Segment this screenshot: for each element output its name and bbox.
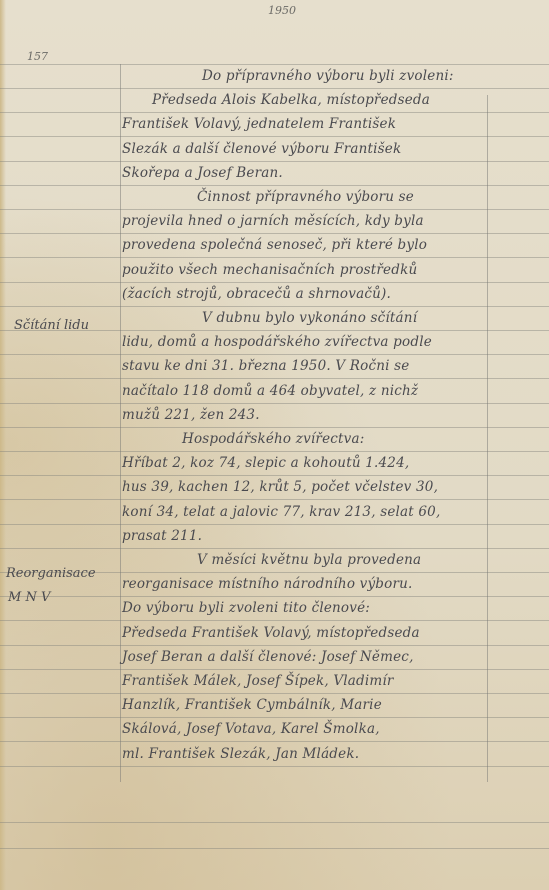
page-number: 157: [27, 50, 48, 63]
text-line: V měsíci květnu byla provedena: [197, 552, 421, 568]
right-margin-divider: [487, 95, 488, 782]
rule-line: [0, 499, 549, 500]
rule-line: [0, 378, 549, 379]
rule-line: [0, 822, 549, 823]
text-line: lidu, domů a hospodářského zvířectva pod…: [122, 334, 432, 350]
rule-line: [0, 88, 549, 89]
text-line: Předseda František Volavý, místopředseda: [122, 625, 420, 641]
left-margin-divider: [120, 64, 121, 782]
rule-line: [0, 766, 549, 767]
rule-line: [0, 548, 549, 549]
rule-line: [0, 717, 549, 718]
header-year: 1950: [268, 4, 296, 17]
text-line: prasat 211.: [122, 528, 202, 544]
text-line: V dubnu bylo vykonáno sčítání: [202, 310, 417, 326]
text-line: Hospodářského zvířectva:: [182, 431, 364, 447]
text-line: stavu ke dni 31. března 1950. V Ročni se: [122, 358, 409, 374]
text-line: (žacích strojů, obracečů a shrnovačů).: [122, 286, 391, 302]
text-line: projevila hned o jarních měsících, kdy b…: [122, 213, 424, 229]
rule-line: [0, 209, 549, 210]
rule-line: [0, 161, 549, 162]
rule-line: [0, 524, 549, 525]
rule-line: [0, 669, 549, 670]
rule-line: [0, 64, 549, 65]
rule-line: [0, 403, 549, 404]
rule-line: [0, 257, 549, 258]
rule-line: [0, 233, 549, 234]
text-line: načítalo 118 domů a 464 obyvatel, z nich…: [122, 383, 418, 399]
paper-edge: [0, 0, 6, 890]
text-line: Do výboru byli zvoleni tito členové:: [122, 600, 370, 616]
rule-line: [0, 596, 549, 597]
rule-line: [0, 354, 549, 355]
rule-line: [0, 645, 549, 646]
rule-line: [0, 185, 549, 186]
text-line: koní 34, telat a jalovic 77, krav 213, s…: [122, 504, 440, 520]
text-line: ml. František Slezák, Jan Mládek.: [122, 746, 359, 762]
rule-line: [0, 427, 549, 428]
rule-line: [0, 136, 549, 137]
rule-line: [0, 451, 549, 452]
rule-line: [0, 620, 549, 621]
text-line: Do přípravného výboru byli zvoleni:: [202, 68, 454, 84]
text-line: Skořepa a Josef Beran.: [122, 165, 283, 181]
rule-line: [0, 112, 549, 113]
margin-note-census: Sčítání lidu: [14, 318, 89, 333]
text-line: František Málek, Josef Šípek, Vladimír: [122, 673, 394, 689]
text-line: provedena společná senoseč, při které by…: [122, 237, 427, 253]
rule-line: [0, 848, 549, 849]
rule-line: [0, 693, 549, 694]
chronicle-page: 1950 157 Sčítání lidu Reorganisace M N V…: [0, 0, 549, 890]
text-line: použito všech mechanisačních prostředků: [122, 262, 417, 278]
text-line: Slezák a další členové výboru František: [122, 141, 401, 157]
text-line: Předseda Alois Kabelka, místopředseda: [152, 92, 430, 108]
text-line: mužů 221, žen 243.: [122, 407, 260, 423]
text-line: Josef Beran a další členové: Josef Němec…: [122, 649, 414, 665]
text-line: Činnost přípravného výboru se: [197, 189, 414, 205]
rule-line: [0, 282, 549, 283]
rule-line: [0, 306, 549, 307]
margin-note-reorganisation: Reorganisace: [6, 566, 96, 581]
text-line: Hanzlík, František Cymbálník, Marie: [122, 697, 382, 713]
rule-line: [0, 475, 549, 476]
rule-line: [0, 741, 549, 742]
text-line: hus 39, kachen 12, krůt 5, počet včelste…: [122, 479, 438, 495]
text-line: reorganisace místního národního výboru.: [122, 576, 413, 592]
text-line: Hříbat 2, koz 74, slepic a kohoutů 1.424…: [122, 455, 409, 471]
text-line: Skálová, Josef Votava, Karel Šmolka,: [122, 721, 380, 737]
text-line: František Volavý, jednatelem František: [122, 116, 396, 132]
margin-note-mnv: M N V: [8, 590, 50, 605]
